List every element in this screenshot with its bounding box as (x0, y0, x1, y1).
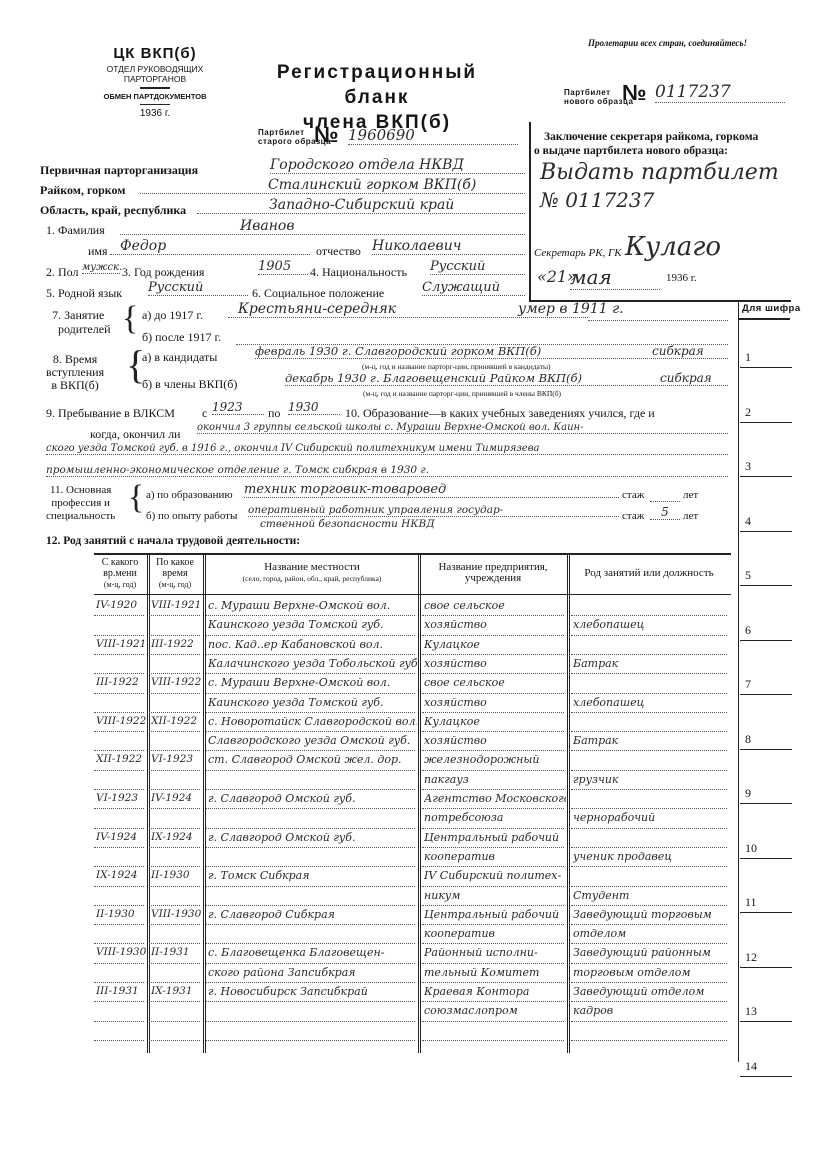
nationality-label: 4. Национальность (310, 265, 407, 280)
row-line (422, 750, 564, 751)
cipher-line (740, 640, 792, 641)
table-cell-to[interactable]: IX-1931 (151, 985, 202, 997)
row-line (206, 654, 415, 655)
row-line (149, 808, 200, 809)
col-divider (418, 555, 419, 1053)
table-cell-place[interactable]: пос. Кад..ер Кабановской вол. (208, 638, 417, 651)
row-line (206, 808, 415, 809)
cipher-line (740, 749, 792, 750)
conclusion-text-1[interactable]: Выдать партбилет (540, 160, 779, 185)
cipher-column-border (738, 302, 739, 1062)
th-place: Название местности (село, город, район, … (207, 562, 417, 584)
birth-label: 3. Год рождения (122, 265, 204, 280)
row-line (422, 712, 564, 713)
th-from: С какого вр.мени (м-ц, год) (94, 557, 146, 590)
table-cell-enterprise[interactable]: потребсоюза (424, 811, 566, 824)
vlksm-from[interactable]: 1923 (212, 400, 264, 415)
table-cell-position[interactable]: грузчик (573, 773, 729, 786)
parents-before-label: а) до 1917 г. (142, 308, 203, 323)
th-from-1: С какого (94, 557, 146, 568)
table-cell-place[interactable]: Славгородского уезда Омской губ. (208, 734, 417, 747)
row-line (571, 712, 727, 713)
row-line (206, 982, 415, 983)
row-line (422, 731, 564, 732)
row-line (149, 635, 200, 636)
th-from-2: вр.мени (94, 568, 146, 579)
surname-label: 1. Фамилия (46, 223, 105, 238)
vlksm-to-label: по (268, 406, 280, 421)
table-cell-position[interactable]: кадров (573, 1004, 729, 1017)
table-cell-enterprise[interactable]: Кулацкое (424, 715, 566, 728)
table-cell-position[interactable]: хлебопашец (573, 696, 729, 709)
row-line (94, 693, 144, 694)
row-line (422, 847, 564, 848)
old-card-no-sign: № (314, 122, 339, 148)
row-line (206, 789, 415, 790)
row-line (94, 654, 144, 655)
row-line (94, 1001, 144, 1002)
row-line (422, 982, 564, 983)
row-line (94, 673, 144, 674)
parents-after-label: б) после 1917 г. (142, 330, 221, 345)
education-line-3[interactable]: промышленно-экономическое отделение г. Т… (46, 464, 728, 477)
row-line (94, 712, 144, 713)
divider (140, 87, 170, 89)
row-line (94, 731, 144, 732)
table-cell-place[interactable]: г. Славгород Омской губ. (208, 792, 417, 805)
prof-exp-stazh-value[interactable]: 5 (650, 505, 680, 520)
table-cell-enterprise[interactable]: хозяйство (424, 734, 566, 747)
issuing-organization: ЦК ВКП(б) ОТДЕЛ РУКОВОДЯЩИХ ПАРТОРГАНОВ … (95, 45, 215, 119)
profession-label: 11. Основная профессия и специальность (46, 484, 115, 523)
language-label: 5. Родной язык (46, 286, 122, 301)
row-line (94, 770, 144, 771)
table-cell-position[interactable]: чернорабочий (573, 811, 729, 824)
row-line (571, 866, 727, 867)
join-candidate-label: а) в кандидаты (142, 350, 217, 365)
table-cell-to[interactable]: VIII-1930 (151, 908, 202, 920)
row-line (422, 654, 564, 655)
prof-edu-years: лет (683, 489, 698, 501)
cipher-line (740, 694, 792, 695)
table-cell-enterprise[interactable]: тельный Комитет (424, 966, 566, 979)
row-line (571, 731, 727, 732)
row-line (149, 750, 200, 751)
row-line (94, 828, 144, 829)
table-cell-place[interactable]: г. Славгород Сибкрая (208, 908, 417, 921)
patronymic-value[interactable]: Николаевич (372, 238, 525, 255)
row-line (422, 1040, 564, 1041)
row-line (206, 712, 415, 713)
cipher-number: 12 (745, 950, 757, 965)
exchange-label: ОБМЕН ПАРТДОКУМЕНТОВ (95, 92, 215, 101)
row-line (571, 770, 727, 771)
th-from-3: (м-ц, год) (94, 579, 146, 590)
row-line (422, 635, 564, 636)
th-place-1: Название местности (207, 562, 417, 573)
row-line (206, 905, 415, 906)
birth-value[interactable]: 1905 (258, 259, 308, 275)
vlksm-from-label: с (202, 406, 207, 421)
cipher-line (740, 476, 792, 477)
row-line (94, 1021, 144, 1022)
table-cell-position[interactable]: Студент (573, 889, 729, 902)
row-line (94, 635, 144, 636)
row-line (571, 615, 727, 616)
cipher-number: 13 (745, 1004, 757, 1019)
th-place-2: (село, город, район, обл., край, республ… (207, 573, 417, 584)
prof-exp-label: б) по опыту работы (146, 510, 237, 522)
row-line (571, 982, 727, 983)
table-cell-position[interactable]: Заведующий отделом (573, 985, 729, 998)
table-cell-place[interactable]: г. Славгород Омской губ. (208, 831, 417, 844)
row-line (149, 943, 200, 944)
table-cell-position[interactable]: торговым отделом (573, 966, 729, 979)
primary-org-label: Первичная парторганизация (40, 163, 198, 178)
table-cell-enterprise[interactable]: Районный исполни- (424, 946, 566, 959)
table-cell-enterprise[interactable]: хозяйство (424, 696, 566, 709)
row-line (149, 712, 200, 713)
row-line (149, 963, 200, 964)
vlksm-to[interactable]: 1930 (288, 400, 340, 415)
row-line (422, 943, 564, 944)
cipher-line (740, 1076, 792, 1077)
row-line (571, 924, 727, 925)
cipher-line (740, 531, 792, 532)
th-to-2: время (148, 568, 202, 579)
table-cell-to[interactable]: II-1930 (151, 869, 202, 881)
nationality-value[interactable]: Русский (430, 259, 525, 275)
col-divider (203, 555, 204, 1053)
row-line (94, 789, 144, 790)
table-cell-enterprise[interactable]: Кулацкое (424, 638, 566, 651)
table-cell-to[interactable]: XII-1922 (151, 715, 202, 727)
table-cell-to[interactable]: VI-1923 (151, 753, 202, 765)
row-line (206, 750, 415, 751)
table-cell-enterprise[interactable]: кооператив (424, 850, 566, 863)
table-cell-to[interactable]: VIII-1922 (151, 676, 202, 688)
prof-exp-value-1[interactable]: оперативный работник управления государ- (248, 504, 619, 517)
row-line (571, 808, 727, 809)
th-position: Род занятий или должность (569, 568, 729, 579)
parents-after-value[interactable] (236, 330, 728, 345)
conclusion-text-2[interactable]: № 0117237 (540, 188, 654, 212)
row-line (94, 866, 144, 867)
cipher-line (740, 422, 792, 423)
table-cell-place[interactable]: с. Мураши Верхне-Омской вол. (208, 676, 417, 689)
row-line (149, 615, 200, 616)
row-line (149, 982, 200, 983)
cipher-number: 11 (745, 895, 757, 910)
table-cell-place[interactable]: с. Благовещенка Благовещен- (208, 946, 417, 959)
join-member-region[interactable]: сибкрая (660, 371, 712, 385)
col-divider (420, 555, 421, 1053)
cipher-number: 6 (745, 623, 751, 638)
brace: { (122, 302, 138, 336)
cipher-header: Для шифра (742, 303, 801, 314)
row-line (149, 847, 200, 848)
row-line (571, 943, 727, 944)
table-cell-place[interactable]: с. Мураши Верхне-Омской вол. (208, 599, 417, 612)
table-cell-enterprise[interactable]: союзмаслопром (424, 1004, 566, 1017)
parents-before-note[interactable]: умер в 1911 г. (518, 301, 624, 317)
row-line (149, 1001, 200, 1002)
dept-line-2: ПАРТОРГАНОВ (95, 74, 215, 84)
th-to-1: По какое (148, 557, 202, 568)
cipher-line (740, 367, 792, 368)
table-cell-enterprise[interactable]: хозяйство (424, 657, 566, 670)
row-line (571, 693, 727, 694)
row-line (571, 847, 727, 848)
form-title: Регистрационный бланк члена ВКП(б) (262, 60, 492, 135)
date-month[interactable]: мая (570, 265, 660, 290)
table-cell-from[interactable]: VIII-1922 (96, 715, 146, 727)
row-line (571, 750, 727, 751)
brace: { (128, 481, 144, 515)
join-label-3: в ВКП(б) (46, 379, 104, 392)
table-cell-from[interactable]: XII-1922 (96, 753, 146, 765)
language-value[interactable]: Русский (148, 280, 248, 296)
row-line (94, 1040, 144, 1041)
table-cell-position[interactable]: Батрак (573, 734, 729, 747)
region-value[interactable]: Западно-Сибирский край (197, 197, 525, 214)
table-cell-from[interactable]: III-1931 (96, 985, 146, 997)
table-cell-enterprise[interactable]: свое сельское (424, 599, 566, 612)
row-line (149, 1021, 200, 1022)
table-cell-place[interactable]: ст. Славгород Омской жел. дор. (208, 753, 417, 766)
row-line (571, 789, 727, 790)
join-candidate-region[interactable]: сибкрая (652, 344, 704, 358)
row-line (149, 770, 200, 771)
row-line (571, 635, 727, 636)
row-line (571, 1040, 727, 1041)
th-to: По какое время (м-ц, год) (148, 557, 202, 590)
table-cell-place[interactable]: ского района Запсибкрая (208, 966, 417, 979)
old-card-number[interactable]: 1960690 (348, 126, 518, 145)
sex-value[interactable]: мужск. (82, 262, 120, 274)
row-line (422, 828, 564, 829)
divider (140, 104, 170, 105)
row-line (94, 615, 144, 616)
cipher-number: 5 (745, 568, 751, 583)
row-line (422, 693, 564, 694)
row-line (422, 905, 564, 906)
new-card-no-sign: № (622, 80, 647, 106)
conclusion-heading-1: Заключение секретаря райкома, горкома (534, 130, 758, 144)
prof-edu-stazh-value[interactable] (650, 489, 680, 502)
row-line (422, 1021, 564, 1022)
row-line (422, 924, 564, 925)
profession-label-1: 11. Основная (46, 484, 115, 497)
cipher-line (740, 803, 792, 804)
cipher-number: 9 (745, 786, 751, 801)
primary-org-value[interactable]: Городского отдела НКВД (270, 157, 525, 174)
row-line (571, 905, 727, 906)
row-line (94, 750, 144, 751)
row-line (206, 963, 415, 964)
table-cell-enterprise[interactable]: свое сельское (424, 676, 566, 689)
conclusion-heading: Заключение секретаря райкома, горкома о … (534, 130, 758, 158)
cipher-number: 14 (745, 1059, 757, 1074)
table-cell-position[interactable]: отделом (573, 927, 729, 940)
table-cell-from[interactable]: IV-1924 (96, 831, 146, 843)
raikom-label: Райком, горком (40, 183, 125, 198)
name-value[interactable]: Федор (110, 238, 310, 255)
row-line (94, 963, 144, 964)
row-line (94, 886, 144, 887)
row-line (206, 847, 415, 848)
row-line (149, 828, 200, 829)
education-line-2[interactable]: ского уезда Томской губ. в 1916 г., окон… (46, 443, 728, 455)
row-line (206, 943, 415, 944)
row-line (94, 924, 144, 925)
table-cell-from[interactable]: II-1930 (96, 908, 146, 920)
row-line (206, 693, 415, 694)
table-cell-from[interactable]: VI-1923 (96, 792, 146, 804)
table-cell-from[interactable]: VIII-1930 (96, 946, 146, 958)
prof-edu-value[interactable]: техник торговик-товаровед (244, 482, 619, 498)
row-line (571, 673, 727, 674)
row-line (206, 924, 415, 925)
table-cell-to[interactable]: IV-1924 (151, 792, 202, 804)
cipher-header-border (738, 301, 790, 302)
conclusion-heading-2: о выдаче партбилета нового образца: (534, 144, 758, 158)
table-cell-place[interactable]: г. Новосибирск Запсибкрай (208, 985, 417, 998)
table-cell-place[interactable]: Каинского уезда Томской губ. (208, 618, 417, 631)
social-value[interactable]: Служащий (422, 280, 525, 296)
work-history-label: 12. Род занятий с начала трудовой деятел… (46, 535, 300, 547)
slogan: Пролетарии всех стран, соединяйтесь! (588, 38, 747, 48)
table-cell-enterprise[interactable]: IV Сибирский политех- (424, 869, 566, 882)
secretary-label: Секретарь РК, ГК (534, 247, 622, 259)
table-cell-from[interactable]: IX-1924 (96, 869, 146, 881)
cipher-number: 3 (745, 459, 751, 474)
row-line (422, 789, 564, 790)
prof-exp-value-2[interactable]: ственной безопасности НКВД (260, 518, 435, 530)
row-line (422, 866, 564, 867)
th-enterprise: Название предприятия, учреждения (420, 562, 566, 584)
col-divider (147, 555, 148, 1053)
table-cell-to[interactable]: VIII-1921 (151, 599, 202, 611)
profession-label-3: специальность (46, 510, 115, 523)
table-cell-to[interactable]: III-1922 (151, 638, 202, 650)
table-cell-place[interactable]: г. Томск Сибкрая (208, 869, 417, 882)
table-cell-enterprise[interactable]: железнодорожный (424, 753, 566, 766)
row-line (571, 886, 727, 887)
row-line (206, 615, 415, 616)
row-line (206, 673, 415, 674)
col-divider (205, 555, 206, 1053)
col-divider (569, 555, 570, 1053)
table-cell-position[interactable]: хлебопашец (573, 618, 729, 631)
cipher-number: 1 (745, 350, 751, 365)
raikom-value[interactable]: Сталинский горком ВКП(б) (140, 177, 525, 194)
secretary-signature[interactable]: Кулаго (625, 232, 721, 262)
row-line (94, 943, 144, 944)
row-line (206, 635, 415, 636)
row-line (149, 905, 200, 906)
table-cell-enterprise[interactable]: пакгауз (424, 773, 566, 786)
table-cell-to[interactable]: II-1931 (151, 946, 202, 958)
cipher-line (740, 967, 792, 968)
social-label: 6. Социальное положение (252, 286, 384, 301)
col-divider (567, 555, 568, 1053)
cipher-line (740, 912, 792, 913)
table-header-bottom-border (94, 594, 731, 595)
cipher-number: 2 (745, 405, 751, 420)
row-line (206, 770, 415, 771)
th-to-3: (м-ц, год) (148, 579, 202, 590)
row-line (206, 828, 415, 829)
join-member-label: б) в члены ВКП(б) (142, 377, 237, 392)
join-member-hint: (м-ц, год и название парторг-ции, приняв… (363, 389, 561, 398)
table-cell-position[interactable]: Заведующий торговым (573, 908, 729, 921)
table-cell-to[interactable]: IX-1924 (151, 831, 202, 843)
header-year: 1936 г. (95, 108, 215, 119)
table-cell-position[interactable]: Батрак (573, 657, 729, 670)
row-line (422, 615, 564, 616)
join-candidate-hint: (м-ц, год и название парторг-ции, приняв… (362, 362, 551, 371)
table-cell-from[interactable]: III-1922 (96, 676, 146, 688)
row-line (94, 808, 144, 809)
prof-exp-stazh-label: стаж (622, 510, 644, 522)
conclusion-box-left-border (529, 122, 531, 302)
org-name: ЦК ВКП(б) (95, 45, 215, 62)
table-cell-position[interactable]: Заведующий районным (573, 946, 729, 959)
sex-label: 2. Пол (46, 265, 79, 280)
table-cell-position[interactable]: ученик продавец (573, 850, 729, 863)
row-line (149, 673, 200, 674)
cipher-number: 7 (745, 677, 751, 692)
row-line (149, 1040, 200, 1041)
dept-line-1: ОТДЕЛ РУКОВОДЯЩИХ (95, 64, 215, 74)
th-position-1: Род занятий или должность (569, 568, 729, 579)
row-line (149, 886, 200, 887)
table-cell-enterprise[interactable]: Агентство Московского (424, 792, 566, 805)
prof-edu-stazh-label: стаж (622, 489, 644, 501)
cipher-header-underline (738, 318, 790, 320)
table-cell-enterprise[interactable]: Краевая Контора (424, 985, 566, 998)
table-cell-from[interactable]: VIII-1921 (96, 638, 146, 650)
table-cell-enterprise[interactable]: Центральный рабочий (424, 831, 566, 844)
patronymic-label: отчество (316, 244, 361, 259)
row-line (422, 673, 564, 674)
surname-value[interactable]: Иванов (120, 218, 525, 235)
table-cell-enterprise[interactable]: хозяйство (424, 618, 566, 631)
date-year: 1936 г. (666, 272, 697, 284)
cipher-line (740, 858, 792, 859)
row-line (149, 693, 200, 694)
table-cell-enterprise[interactable]: никум (424, 889, 566, 902)
table-cell-place[interactable]: с. Новоротайск Славгородской вол. (208, 715, 417, 728)
table-cell-from[interactable]: IV-1920 (96, 599, 146, 611)
row-line (571, 828, 727, 829)
vlksm-label: 9. Пребывание в ВЛКСМ (46, 406, 175, 421)
title-line-1: Регистрационный бланк (262, 60, 492, 110)
th-enterprise-2: учреждения (420, 573, 566, 584)
row-line (422, 770, 564, 771)
parents-label-1: 7. Занятие (46, 308, 111, 322)
table-cell-enterprise[interactable]: Центральный рабочий (424, 908, 566, 921)
new-card-number[interactable]: 0117237 (655, 82, 785, 103)
table-cell-place[interactable]: Каинского уезда Томской губ. (208, 696, 417, 709)
join-label: 8. Время вступления в ВКП(б) (46, 353, 104, 392)
region-label: Область, край, республика (40, 203, 186, 218)
table-cell-enterprise[interactable]: кооператив (424, 927, 566, 940)
row-line (422, 1001, 564, 1002)
table-cell-place[interactable]: Калачинского уезда Тобольской губ. (208, 657, 417, 670)
education-line-1[interactable]: окончил 3 группы сельской школы с. Мураш… (197, 422, 728, 434)
